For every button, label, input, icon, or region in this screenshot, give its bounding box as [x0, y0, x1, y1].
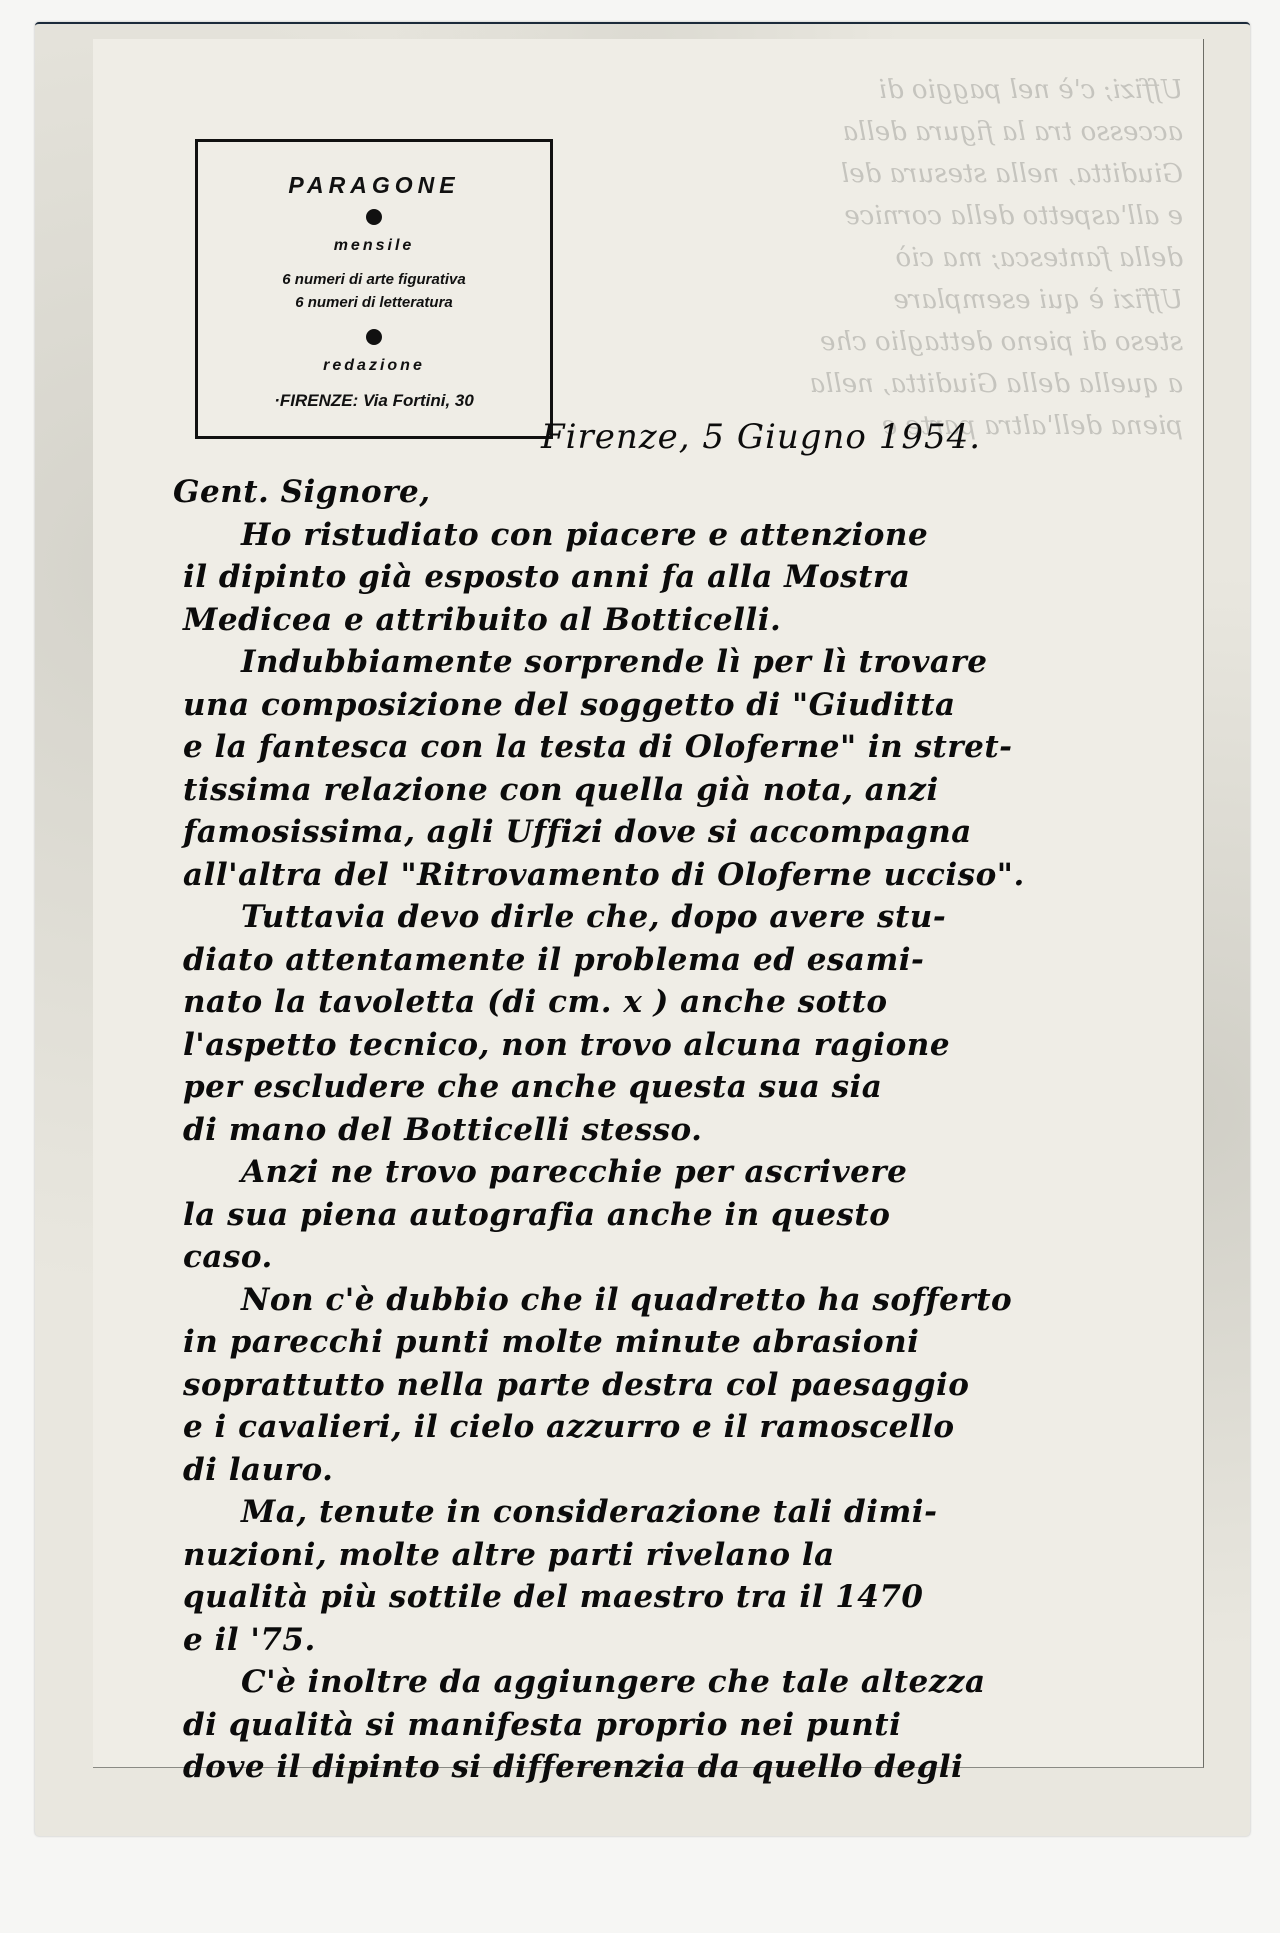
body-line: tissima relazione con quella già nota, a… — [183, 769, 1203, 812]
body-line: di qualità si manifesta proprio nei punt… — [183, 1704, 1203, 1747]
body-line: per escludere che anche questa sua sia — [183, 1066, 1203, 1109]
body-line: Medicea e attribuito al Botticelli. — [183, 599, 1203, 642]
body-line: C'è inoltre da aggiungere che tale altez… — [183, 1661, 1203, 1704]
body-line: dove il dipinto si differenzia da quello… — [183, 1746, 1203, 1789]
bleed-line: Uffizi; c'è nel paggio di — [623, 69, 1183, 111]
letter-body: Gent. Signore, Ho ristudiato con piacere… — [183, 471, 1203, 1789]
bleed-line: Giuditta, nella stesura del — [623, 153, 1183, 195]
body-line: Indubbiamente sorprende lì per lì trovar… — [183, 641, 1203, 684]
bullet-dot-icon — [366, 209, 382, 225]
salutation: Gent. Signore, — [173, 471, 1203, 514]
body-line: e il '75. — [183, 1619, 1203, 1662]
body-line: nuzioni, molte altre parti rivelano la — [183, 1534, 1203, 1577]
body-line: famosissima, agli Uffizi dove si accompa… — [183, 811, 1203, 854]
letterhead-subtitle: mensile — [198, 237, 550, 255]
body-line: di mano del Botticelli stesso. — [183, 1109, 1203, 1152]
bleed-line: e all'aspetto della cornice — [623, 195, 1183, 237]
bleed-line: steso di pieno dettaglio che — [623, 321, 1183, 363]
letterhead-line: 6 numeri di arte figurativa — [198, 271, 550, 288]
body-line: nato la tavoletta (di cm. x ) anche sott… — [183, 981, 1203, 1024]
bleed-line: accesso tra la figura della — [623, 111, 1183, 153]
letterhead-address: ·FIRENZE: Via Fortini, 30 — [198, 391, 550, 411]
bleed-through-text: Uffizi; c'è nel paggio di accesso tra la… — [623, 69, 1183, 447]
letterhead-title: PARAGONE — [198, 172, 550, 199]
body-line: in parecchi punti molte minute abrasioni — [183, 1321, 1203, 1364]
bleed-line: Uffizi è qui esemplare — [623, 279, 1183, 321]
body-line: il dipinto già esposto anni fa alla Most… — [183, 556, 1203, 599]
letter-date: Firenze, 5 Giugno 1954. — [541, 417, 981, 457]
body-line: caso. — [183, 1236, 1203, 1279]
body-line: all'altra del "Ritrovamento di Oloferne … — [183, 854, 1203, 897]
body-line: e la fantesca con la testa di Oloferne" … — [183, 726, 1203, 769]
body-line: diato attentamente il problema ed esami- — [183, 939, 1203, 982]
body-line: e i cavalieri, il cielo azzurro e il ram… — [183, 1406, 1203, 1449]
body-line: Anzi ne trovo parecchie per ascrivere — [183, 1151, 1203, 1194]
letter-photograph: Uffizi; c'è nel paggio di accesso tra la… — [35, 22, 1250, 1836]
letterhead-line: 6 numeri di letteratura — [198, 294, 550, 311]
body-line: l'aspetto tecnico, non trovo alcuna ragi… — [183, 1024, 1203, 1067]
letter-sheet: Uffizi; c'è nel paggio di accesso tra la… — [93, 39, 1204, 1768]
body-line: la sua piena autografia anche in questo — [183, 1194, 1203, 1237]
bleed-line: a quella della Giuditta, nella — [623, 363, 1183, 405]
letterhead-section: redazione — [198, 357, 550, 375]
body-line: Ma, tenute in considerazione tali dimi- — [183, 1491, 1203, 1534]
body-line: di lauro. — [183, 1449, 1203, 1492]
body-line: soprattutto nella parte destra col paesa… — [183, 1364, 1203, 1407]
body-line: Tuttavia devo dirle che, dopo avere stu- — [183, 896, 1203, 939]
bullet-dot-icon — [366, 329, 382, 345]
body-line: Non c'è dubbio che il quadretto ha soffe… — [183, 1279, 1203, 1322]
letterhead-box: PARAGONE mensile 6 numeri di arte figura… — [195, 139, 553, 439]
body-line: qualità più sottile del maestro tra il 1… — [183, 1576, 1203, 1619]
body-line: Ho ristudiato con piacere e attenzione — [183, 514, 1203, 557]
body-line: una composizione del soggetto di "Giudit… — [183, 684, 1203, 727]
bleed-line: della fantesca; ma ciò — [623, 237, 1183, 279]
